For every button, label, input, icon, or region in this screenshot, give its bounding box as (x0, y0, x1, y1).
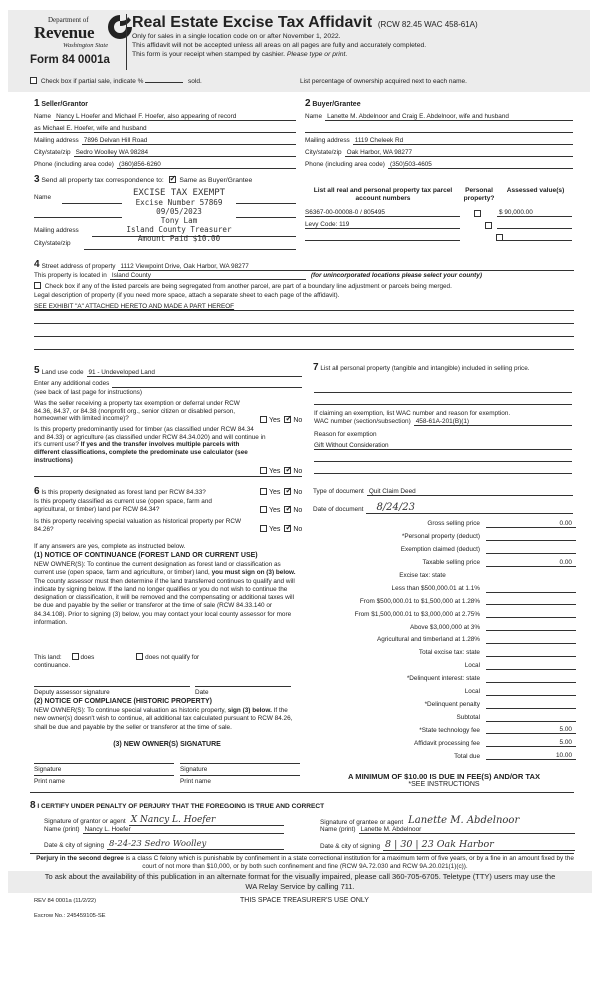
deputy-signature-line[interactable] (34, 686, 190, 687)
continuance-text: continuance. (34, 662, 70, 670)
tax-row-label: Local (318, 688, 486, 696)
seller-phone-field[interactable]: (360)856-6260 (117, 161, 296, 169)
legal-description-field[interactable] (34, 316, 574, 324)
forest-land-answer: Yes No (260, 488, 302, 497)
tax-row: Affidavit processing fee 5.00 (318, 737, 576, 747)
this-land-row: This land: does does not qualify for (34, 653, 199, 662)
tax-row-value[interactable]: 0.00 (486, 559, 576, 567)
forest-land-question: 6 Is this property designated as forest … (34, 486, 206, 498)
timber-question: Is this property predominantly used for … (34, 426, 266, 464)
q5a-no-checkbox[interactable] (284, 416, 291, 423)
buyer-name-row-2 (305, 125, 573, 133)
corr-mailing-label: Mailing address (34, 227, 79, 235)
tax-row-value[interactable] (486, 701, 576, 709)
stamp-line: 09/05/2023 (122, 207, 236, 216)
partial-sale-percent-field[interactable] (145, 76, 183, 83)
wac-row: WAC number (section/subsection) 458-61A-… (314, 418, 572, 426)
corr-name-line-right (236, 203, 296, 204)
legal-description-line (34, 316, 574, 324)
parcel-account-field[interactable]: S6367-00-00008-0 / 805495 (305, 209, 460, 217)
exemption-question-answer: Yes No (260, 416, 302, 425)
seller-city-field[interactable]: Sedro Woolley WA 98284 (74, 149, 296, 157)
corr-name-line-left (62, 203, 122, 204)
form-title: Real Estate Excise Tax Affidavit (RCW 82… (132, 13, 478, 32)
tax-row-value[interactable] (486, 546, 576, 554)
q6a-yes-checkbox[interactable] (260, 488, 267, 495)
tax-row-value[interactable] (486, 533, 576, 541)
land-does-not-qualify-checkbox[interactable] (136, 653, 143, 660)
tax-row-label: *State technology fee (318, 727, 486, 735)
washington-state-text: Washington State (63, 42, 108, 50)
perjury-notice: Perjury in the second degree is a class … (30, 855, 580, 871)
segregated-row: Check box if any of the listed parcels a… (34, 282, 452, 291)
legal-description-field[interactable] (34, 329, 574, 337)
stamp-line: Excise Number 57869 (122, 198, 236, 207)
tax-row: Above $3,000,000 at 3% (318, 621, 576, 631)
legal-description-line: SEE EXHIBIT "A" ATTACHED HERETO AND MADE… (34, 303, 574, 311)
parcel-col-header-value: Assessed value(s) (498, 187, 573, 195)
deputy-date-label: Date (195, 689, 209, 697)
seller-city-row: City/state/zip Sedro Woolley WA 98284 (34, 149, 296, 157)
tax-row: Exemption claimed (deduct) (318, 544, 576, 554)
grantee-date-field[interactable]: 8 | 30 | 23 Oak Harbor (383, 839, 575, 851)
tax-row: *Delinquent interest: state (318, 673, 576, 683)
parcel-row (305, 233, 460, 241)
stamp-line: Amount Paid $10.00 (122, 234, 236, 243)
tax-row: Taxable selling price 0.00 (318, 557, 576, 567)
tax-row-label: Agricultural and timberland at 1.28% (318, 636, 486, 644)
exemption-question: Was the seller receiving a property tax … (34, 400, 254, 423)
tax-row-value[interactable] (486, 675, 576, 683)
notice-compliance-text: NEW OWNER(S): To continue special valuat… (34, 707, 300, 732)
buyer-name-row: Name Lanette M. Abdelnoor and Craig E. A… (305, 113, 573, 121)
document-date-row: Date of document 8/24/23 (313, 503, 573, 514)
tax-row-label: Total due (318, 753, 486, 761)
partial-sale-checkbox[interactable] (30, 77, 37, 84)
minimum-due-notice: A MINIMUM OF $10.00 IS DUE IN FEE(S) AND… (310, 772, 578, 781)
current-use-question: Is this property classified as current u… (34, 498, 244, 513)
header-line-1: Only for sales in a single location code… (132, 33, 341, 41)
seller-name-row-2: as Michael E. Hoefer, wife and husband (34, 125, 296, 133)
form-number: Form 84 0001a (30, 54, 110, 68)
legal-description-field[interactable]: SEE EXHIBIT "A" ATTACHED HERETO AND MADE… (34, 303, 574, 311)
buyer-name-field[interactable]: Lanette M. Abdelnoor and Craig E. Abdeln… (325, 113, 573, 121)
q5b-no-checkbox[interactable] (284, 467, 291, 474)
tax-row: From $500,000.01 to $1,500,000 at 1.28% (318, 595, 576, 605)
tax-row-value[interactable] (486, 714, 576, 722)
tax-row-value[interactable]: 0.00 (486, 520, 576, 528)
assessed-value-row (497, 233, 572, 241)
certify-heading: 8 I CERTIFY UNDER PENALTY OF PERJURY THA… (30, 800, 324, 812)
q6b-yes-checkbox[interactable] (260, 506, 267, 513)
section-8-divider (30, 792, 574, 793)
owner-print-label-1: Print name (34, 778, 65, 786)
treasurer-use-only: THIS SPACE TREASURER'S USE ONLY (240, 897, 369, 905)
stamp-line: Tony Lam (122, 216, 236, 225)
seller-name-field[interactable]: Nancy L Hoefer and Michael F. Hoefer, al… (54, 113, 296, 121)
tax-row-label: From $1,500,000.01 to $3,000,000 at 2.75… (318, 611, 486, 619)
seller-name-row: Name Nancy L Hoefer and Michael F. Hoefe… (34, 113, 296, 121)
grantor-signature-row: Signature of grantor or agent X Nancy L.… (44, 815, 284, 826)
personal-property-line-1 (314, 392, 572, 393)
document-type-row: Type of document Quit Claim Deed (313, 488, 573, 496)
tax-row: Agricultural and timberland at 1.28% (318, 634, 576, 644)
tax-row: *Personal property (deduct) (318, 531, 576, 541)
q6c-no-checkbox[interactable] (284, 525, 291, 532)
parcel-row: Levy Code: 119 (305, 221, 460, 229)
tax-row: Excise tax: state (318, 570, 576, 580)
parcel-account-field[interactable]: Levy Code: 119 (305, 221, 460, 229)
assessed-value-field[interactable] (497, 233, 572, 241)
wac-number-field[interactable]: 458-61A-201(B)(1) (414, 418, 572, 426)
grantee-name-row: Name (print) Lanette M. Abdelnoor (320, 826, 575, 834)
tax-row-value[interactable] (486, 662, 576, 670)
grantor-date-field[interactable]: 8-24-23 Sedro Woolley (107, 839, 284, 850)
additional-codes-row: Enter any additional codes (34, 380, 302, 388)
title-text: Real Estate Excise Tax Affidavit (132, 14, 372, 31)
partial-sale-row: Check box if partial sale, indicate % so… (30, 76, 202, 86)
legal-description-line (34, 329, 574, 337)
reason-field[interactable]: Gift Without Consideration (314, 442, 572, 450)
corr-city-line (84, 249, 296, 250)
new-owner-signature-heading: (3) NEW OWNER(S) SIGNATURE (34, 741, 300, 749)
seller-heading: 1 Seller/Grantor (34, 98, 88, 110)
stamp-line: EXCISE TAX EXEMPT (122, 189, 236, 198)
excise-tax-exempt-stamp: EXCISE TAX EXEMPTExcise Number 5786909/0… (122, 189, 236, 243)
buyer-mailing-row: Mailing address 1119 Cheleek Rd (305, 137, 573, 145)
assessed-value-field[interactable] (497, 221, 572, 229)
tax-row-value[interactable] (486, 688, 576, 696)
segregated-checkbox[interactable] (34, 282, 41, 289)
perjury-divider (30, 853, 574, 854)
tax-row: *State technology fee 5.00 (318, 724, 576, 734)
alt-format-notice: To ask about the availability of this pu… (40, 872, 560, 892)
deputy-signature-label: Deputy assessor signature (34, 689, 110, 697)
tax-row: From $1,500,000.01 to $3,000,000 at 2.75… (318, 608, 576, 618)
header-divider (126, 14, 127, 70)
tax-row-value[interactable] (486, 610, 576, 618)
owner-signature-line-1[interactable] (34, 763, 174, 764)
tax-row: Less than $500,000.01 at 1.1% (318, 583, 576, 593)
tax-row-label: Local (318, 662, 486, 670)
tax-row-label: Above $3,000,000 at 3% (318, 624, 486, 632)
owner-print-line-1[interactable] (34, 775, 174, 776)
buyer-phone-row: Phone (including area code) (350)503-460… (305, 161, 573, 169)
corr-name-label: Name (34, 194, 51, 202)
assessed-value-row: $ 90,000.00 (497, 209, 572, 217)
grantor-signature-field[interactable]: X Nancy L. Hoefer (129, 815, 284, 826)
rev-code: REV 84 0001a (11/2/22) (34, 898, 96, 905)
tax-row-value[interactable]: 10.00 (486, 752, 576, 760)
grantee-name-field[interactable]: Lanette M. Abdelnoor (359, 826, 575, 834)
q5b-yes-checkbox[interactable] (260, 467, 267, 474)
tax-row-value[interactable] (486, 585, 576, 593)
ownership-note: List percentage of ownership acquired ne… (300, 78, 467, 86)
notice-continuance-text: NEW OWNER(S): To continue the current de… (34, 561, 300, 627)
legal-description-line (34, 342, 574, 350)
tax-row: Total due 10.00 (318, 750, 576, 760)
tax-row: Subtotal (318, 712, 576, 722)
additional-codes-field[interactable] (112, 380, 302, 388)
tax-row-value[interactable] (486, 636, 576, 644)
tax-row: Local (318, 686, 576, 696)
tax-row: *Delinquent penalty (318, 699, 576, 709)
reason-row: Gift Without Consideration (314, 442, 572, 450)
property-county-field[interactable]: Island County (110, 272, 306, 280)
land-use-code-field[interactable]: 91 - Undeveloped Land (87, 369, 303, 377)
title-citation: (RCW 82.45 WAC 458-61A) (378, 20, 478, 29)
deputy-date-line[interactable] (195, 686, 291, 687)
parcel-account-field[interactable] (305, 233, 460, 241)
corr-line-2-left (34, 217, 122, 218)
land-use-row: 5 Land use code 91 - Undeveloped Land (34, 365, 302, 377)
reason-line-2 (314, 461, 572, 462)
if-yes-instructions: If any answers are yes, complete as inst… (34, 543, 185, 551)
owner-print-line-2[interactable] (180, 775, 300, 776)
see-instructions: *SEE INSTRUCTIONS (310, 781, 578, 789)
property-located-row: This property is located in Island Count… (34, 272, 574, 280)
tax-row-label: Less than $500,000.01 at 1.1% (318, 585, 486, 593)
tax-row-label: Total excise tax: state (318, 649, 486, 657)
parcel-col-header-accounts: List all real and personal property tax … (308, 187, 458, 203)
dor-swirl-icon (107, 14, 133, 40)
buyer-mailing-field[interactable]: 1119 Cheleek Rd (353, 137, 573, 145)
q6a-no-checkbox[interactable] (284, 488, 291, 495)
corr-city-label: City/state/zip (34, 240, 71, 248)
tax-row-value[interactable] (486, 597, 576, 605)
buyer-phone-field[interactable]: (350)503-4605 (388, 161, 573, 169)
property-street-row: 4 Street address of property 1112 Viewpo… (34, 259, 574, 271)
tax-row: Local (318, 660, 576, 670)
tax-row-label: From $500,000.01 to $1,500,000 at 1.28% (318, 598, 486, 606)
buyer-city-field[interactable]: Oak Harbor, WA 98277 (345, 149, 573, 157)
personal-property-checkbox[interactable] (474, 210, 481, 217)
tax-row: Total excise tax: state (318, 647, 576, 657)
correspondence-heading: 3 Send all property tax correspondence t… (34, 174, 252, 186)
property-street-field[interactable]: 1112 Viewpoint Drive, Oak Harbor, WA 982… (118, 263, 574, 271)
owner-print-label-2: Print name (180, 778, 211, 786)
timber-question-answer: Yes No (260, 467, 302, 476)
escrow-number: Escrow No.: 245459105-SE (34, 913, 106, 920)
notice-continuance-title: (1) NOTICE OF CONTINUANCE (FOREST LAND O… (34, 552, 258, 560)
tax-row: Gross selling price 0.00 (318, 518, 576, 528)
grantee-date-row: Date & city of signing 8 | 30 | 23 Oak H… (320, 839, 575, 851)
additional-codes-note: (see back of last page for instructions) (34, 389, 142, 397)
legal-description-field[interactable] (34, 342, 574, 350)
tax-row-label: *Delinquent penalty (318, 701, 486, 709)
document-type-field[interactable]: Quit Claim Deed (367, 488, 573, 496)
document-date-field[interactable]: 8/24/23 (366, 503, 573, 514)
header-line-2: This affidavit will not be accepted unle… (132, 42, 426, 50)
revenue-text: Revenue (34, 23, 94, 43)
tax-row-value[interactable] (486, 623, 576, 631)
tax-row-label: Taxable selling price (318, 559, 486, 567)
tax-row-label: Affidavit processing fee (318, 740, 486, 748)
tax-row-value[interactable]: 5.00 (486, 739, 576, 747)
reason-line-3 (314, 473, 572, 474)
land-does-qualify-checkbox[interactable] (72, 653, 79, 660)
same-as-buyer-checkbox[interactable] (169, 176, 176, 183)
tax-row-label: *Delinquent interest: state (318, 675, 486, 683)
personal-property-checkbox[interactable] (485, 222, 492, 229)
dor-logo: Department of Revenue Washington State (30, 14, 145, 54)
reason-label: Reason for exemption (314, 431, 377, 439)
buyer-name-field-2[interactable] (305, 125, 573, 133)
buyer-heading: 2 Buyer/Grantee (305, 98, 361, 110)
tax-row-label: Subtotal (318, 714, 486, 722)
tax-row-label: Exemption claimed (deduct) (318, 546, 486, 554)
personal-property-label: 7 List all personal property (tangible a… (313, 362, 568, 374)
historical-question: Is this property receiving special valua… (34, 518, 244, 533)
owner-signature-label-1: Signature (34, 766, 61, 774)
q6c-yes-checkbox[interactable] (260, 525, 267, 532)
tax-row-label: Gross selling price (318, 520, 486, 528)
seller-mailing-row: Mailing address 7896 Delvan Hill Road (34, 137, 296, 145)
stamp-line: Island County Treasurer (122, 225, 236, 234)
seller-mailing-field[interactable]: 7896 Delvan Hill Road (82, 137, 296, 145)
owner-signature-line-2[interactable] (180, 763, 300, 764)
tax-row-value[interactable]: 5.00 (486, 726, 576, 734)
q5a-yes-checkbox[interactable] (260, 416, 267, 423)
header-line-3: This form is your receipt when stamped b… (132, 51, 347, 59)
legal-description-label: Legal description of property (if you ne… (34, 292, 339, 300)
historical-answer: Yes No (260, 525, 302, 534)
owner-signature-label-2: Signature (180, 766, 207, 774)
parcel-row: S6367-00-00008-0 / 805495 (305, 209, 460, 217)
seller-phone-row: Phone (including area code) (360)856-626… (34, 161, 296, 169)
assessed-value-field[interactable]: $ 90,000.00 (497, 209, 572, 217)
grantor-name-field[interactable]: Nancy L. Hoefer (83, 826, 284, 834)
buyer-city-row: City/state/zip Oak Harbor, WA 98277 (305, 149, 573, 157)
assessed-value-row (497, 221, 572, 229)
notice-compliance-title: (2) NOTICE OF COMPLIANCE (HISTORIC PROPE… (34, 698, 212, 706)
tax-row-label: Excise tax: state (318, 572, 478, 580)
seller-name-field-2[interactable]: as Michael E. Hoefer, wife and husband (34, 125, 296, 133)
parcel-col-header-personal: Personal property? (459, 187, 499, 203)
grantor-date-row: Date & city of signing 8-24-23 Sedro Woo… (44, 839, 284, 850)
corr-line-2-right (236, 217, 296, 218)
grantor-name-row: Name (print) Nancy L. Hoefer (44, 826, 284, 834)
current-use-answer: Yes No (260, 506, 302, 515)
q6b-no-checkbox[interactable] (284, 506, 291, 513)
tax-row-value[interactable] (486, 649, 576, 657)
parcel-table-body: S6367-00-00008-0 / 805495 $ 90,000.00 Le… (0, 0, 600, 9)
personal-property-line-2 (314, 404, 572, 405)
tax-row-label: *Personal property (deduct) (318, 533, 486, 541)
exemption-intro: If claiming an exemption, list WAC numbe… (314, 410, 510, 418)
